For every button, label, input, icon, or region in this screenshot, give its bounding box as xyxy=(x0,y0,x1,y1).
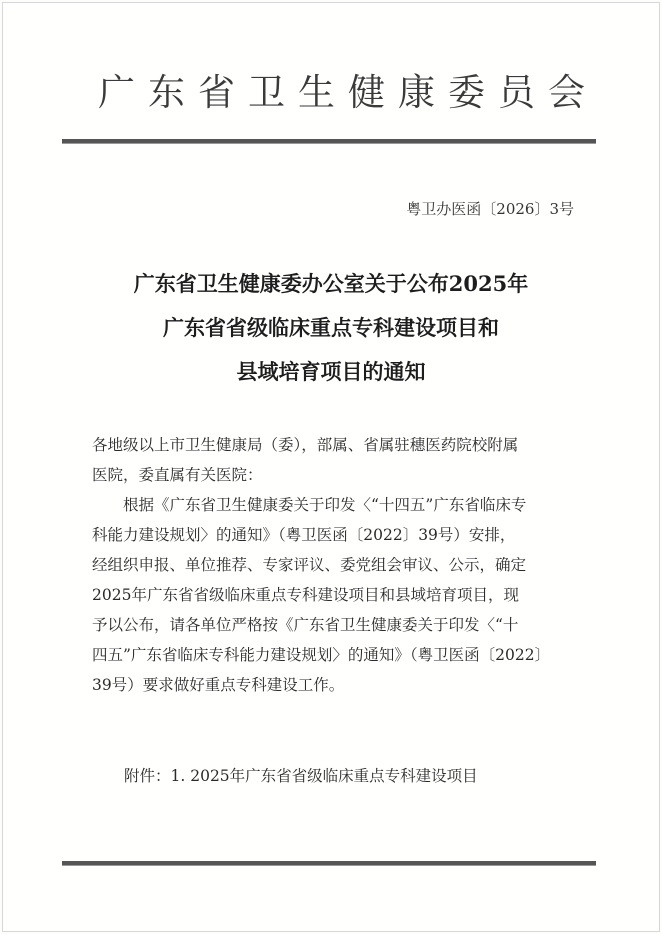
letterhead-rule xyxy=(62,139,596,144)
document-title: 广东省卫生健康委办公室关于公布2025年 广东省省级临床重点专科建设项目和 县域… xyxy=(0,262,662,394)
document-number: 粤卫办医函〔2026〕3号 xyxy=(406,198,574,219)
title-line: 县域培育项目的通知 xyxy=(0,350,662,394)
title-line: 广东省卫生健康委办公室关于公布2025年 xyxy=(0,262,662,306)
salutation-line: 医院，委直属有关医院： xyxy=(92,460,592,490)
paragraph-line: 39号）要求做好重点专科建设工作。 xyxy=(92,670,592,700)
footer-rule xyxy=(62,861,596,866)
paragraph-line: 予以公布，请各单位严格按《广东省卫生健康委关于印发〈“十 xyxy=(92,610,592,640)
document-body: 各地级以上市卫生健康局（委），部属、省属驻穗医药院校附属 医院，委直属有关医院：… xyxy=(92,430,592,700)
letterhead-organization: 广东省卫生健康委员会 xyxy=(98,62,568,116)
paragraph-line: 2025年广东省省级临床重点专科建设项目和县域培育项目，现 xyxy=(92,580,592,610)
paragraph-line: 科能力建设规划〉的通知》（粤卫医函〔2022〕39号）安排， xyxy=(92,520,592,550)
salutation-line: 各地级以上市卫生健康局（委），部属、省属驻穗医药院校附属 xyxy=(92,430,592,460)
paragraph-line: 四五”广东省临床专科能力建设规划〉的通知》（粤卫医函〔2022〕 xyxy=(92,640,592,670)
title-line: 广东省省级临床重点专科建设项目和 xyxy=(0,306,662,350)
paragraph-line: 经组织申报、单位推荐、专家评议、委党组会审议、公示，确定 xyxy=(92,550,592,580)
paragraph-line: 根据《广东省卫生健康委关于印发〈“十四五”广东省临床专 xyxy=(92,490,592,520)
attachment-line: 附件：1. 2025年广东省省级临床重点专科建设项目 xyxy=(124,764,478,786)
